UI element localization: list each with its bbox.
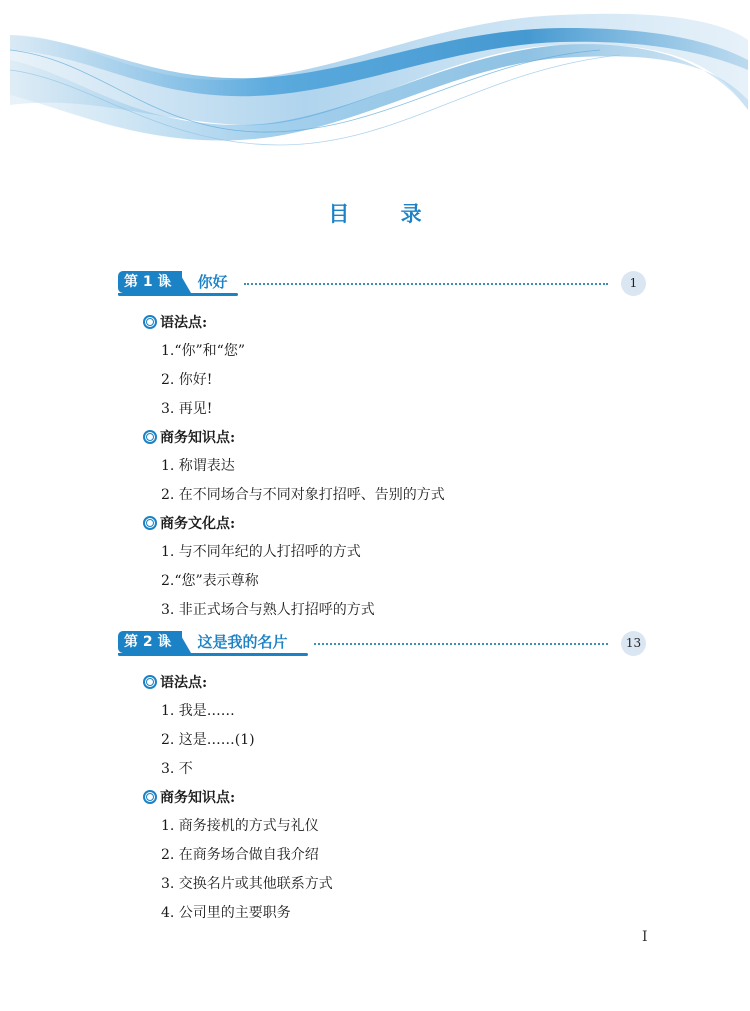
section-heading: 商务知识点:: [143, 427, 235, 447]
section-heading-label: 语法点:: [160, 672, 207, 692]
list-item: 2. 在不同场合与不同对象打招呼、告别的方式: [161, 484, 445, 504]
list-item: 1. 我是……: [161, 700, 235, 720]
leader-dots: [244, 283, 608, 285]
lesson-number-label: 第 2 课: [118, 631, 182, 653]
list-item: 2.“您”表示尊称: [161, 570, 259, 590]
list-item: 3. 不: [161, 758, 193, 778]
list-item: 1.“你”和“您”: [161, 340, 245, 360]
lesson-tag: 第 2 课 这是我的名片: [118, 631, 298, 653]
list-item: 1. 商务接机的方式与礼仪: [161, 815, 319, 835]
section-heading: 商务知识点:: [143, 787, 235, 807]
page-number-badge[interactable]: 13: [621, 631, 646, 656]
wave-banner-decoration: [0, 0, 750, 170]
list-item: 1. 与不同年纪的人打招呼的方式: [161, 541, 361, 561]
folio-page-number: I: [642, 929, 648, 945]
list-item: 1. 称谓表达: [161, 455, 235, 475]
section-heading: 语法点:: [143, 312, 207, 332]
page-title: 目 录: [0, 198, 750, 228]
double-circle-icon: [143, 315, 157, 329]
lesson-underline: [118, 653, 308, 656]
list-item: 2. 在商务场合做自我介绍: [161, 844, 319, 864]
lesson-tag: 第 1 课 你好: [118, 271, 238, 293]
list-item: 2. 你好!: [161, 369, 212, 389]
section-heading-label: 商务文化点:: [160, 513, 235, 533]
lesson-number-label: 第 1 课: [118, 271, 182, 293]
page-number-badge[interactable]: 1: [621, 271, 646, 296]
section-heading: 商务文化点:: [143, 513, 235, 533]
lesson-header-2[interactable]: 第 2 课 这是我的名片 13: [118, 631, 646, 659]
section-heading-label: 商务知识点:: [160, 427, 235, 447]
list-item: 3. 交换名片或其他联系方式: [161, 873, 333, 893]
double-circle-icon: [143, 790, 157, 804]
section-heading-label: 商务知识点:: [160, 787, 235, 807]
double-circle-icon: [143, 516, 157, 530]
lesson-title[interactable]: 你好: [182, 271, 238, 293]
section-heading-label: 语法点:: [160, 312, 207, 332]
double-circle-icon: [143, 430, 157, 444]
lesson-header-1[interactable]: 第 1 课 你好 1: [118, 271, 646, 299]
list-item: 4. 公司里的主要职务: [161, 902, 291, 922]
list-item: 3. 再见!: [161, 398, 212, 418]
double-circle-icon: [143, 675, 157, 689]
lesson-title[interactable]: 这是我的名片: [182, 631, 298, 653]
leader-dots: [314, 643, 608, 645]
section-heading: 语法点:: [143, 672, 207, 692]
list-item: 3. 非正式场合与熟人打招呼的方式: [161, 599, 375, 619]
lesson-underline: [118, 293, 238, 296]
list-item: 2. 这是……(1): [161, 729, 255, 749]
